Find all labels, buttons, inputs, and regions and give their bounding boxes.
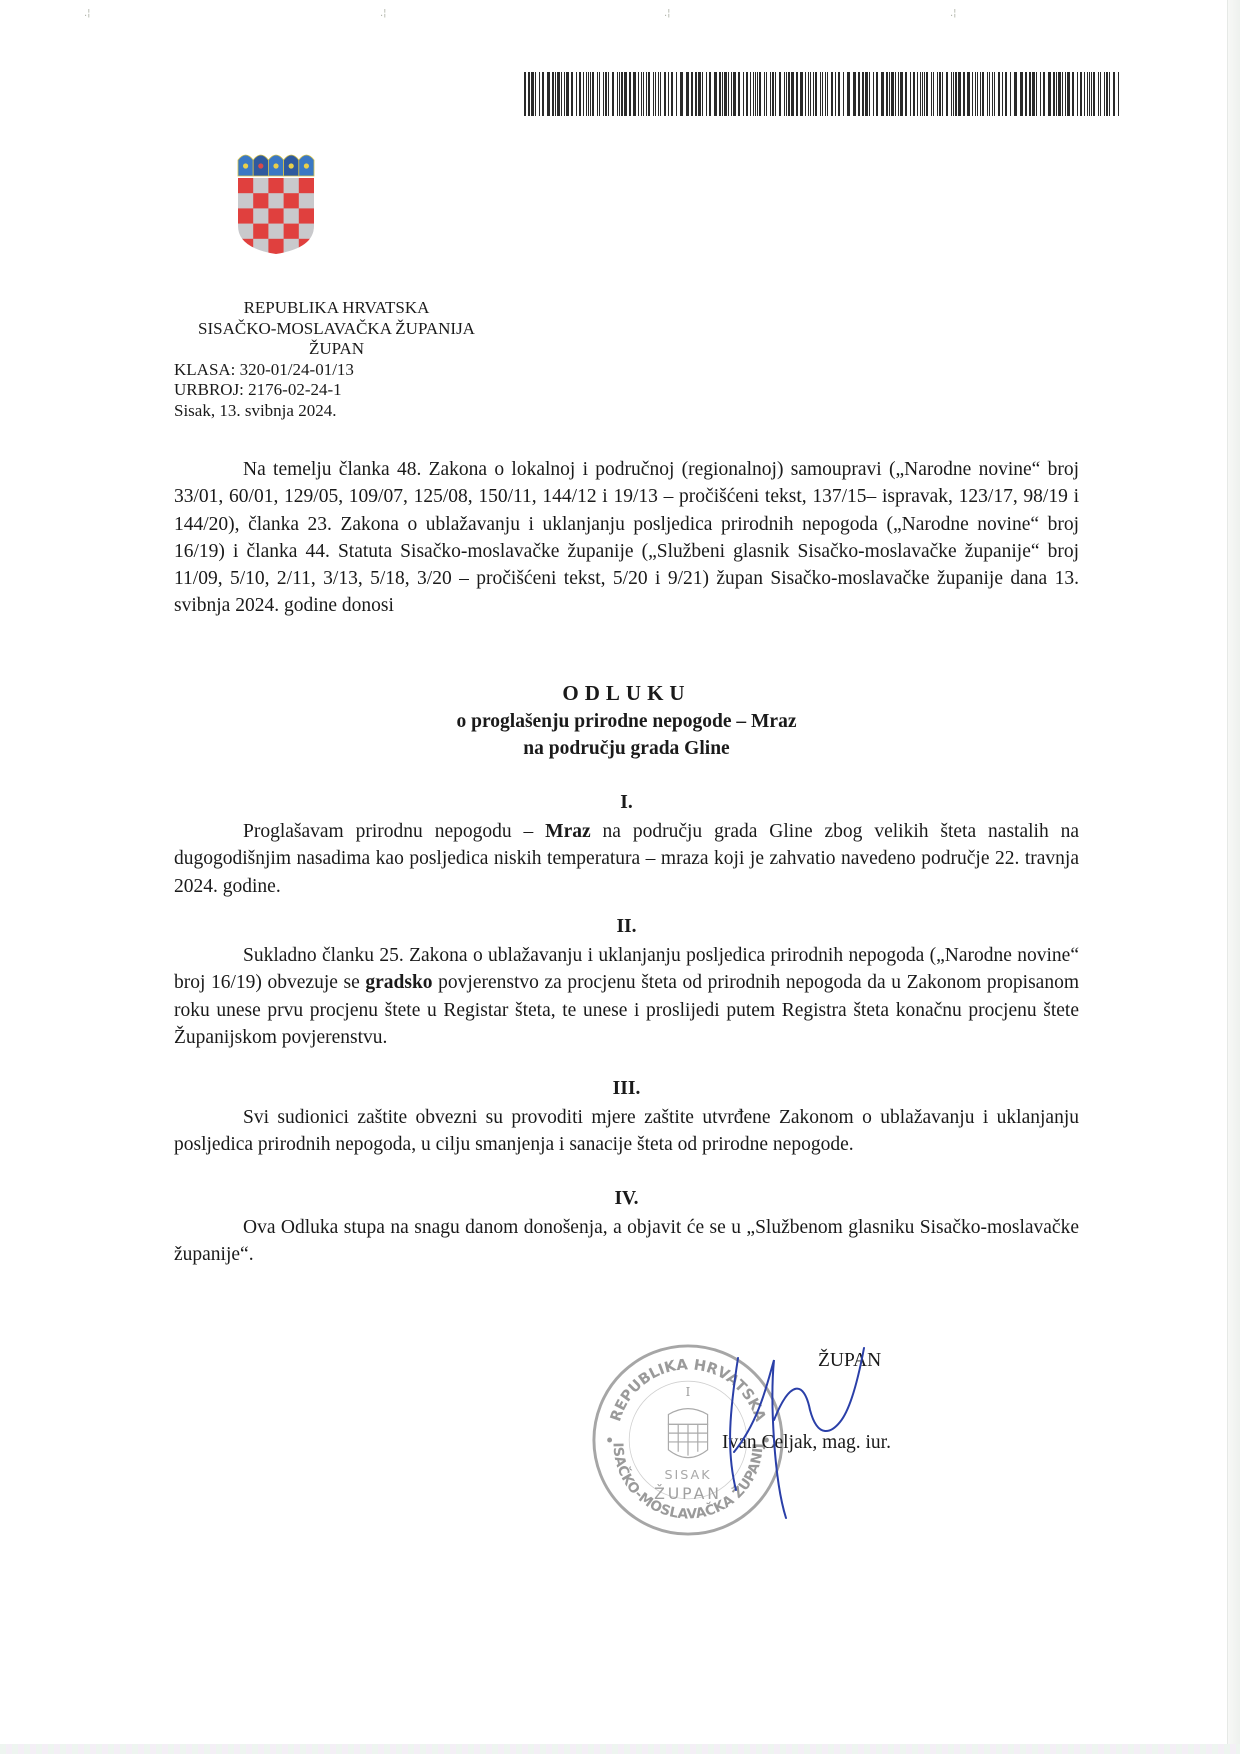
document-barcode bbox=[524, 72, 1128, 116]
section-1-number: I. bbox=[174, 792, 1079, 814]
header-place-date: Sisak, 13. svibnja 2024. bbox=[174, 401, 499, 422]
svg-text:I: I bbox=[686, 1385, 691, 1399]
section-1: Proglašavam prirodnu nepogodu – Mraz na … bbox=[174, 818, 1079, 900]
section-3-number: III. bbox=[174, 1078, 1079, 1100]
signature-block: REPUBLIKA HRVATSKA SISAČKO-MOSLAVAČKA ŽU… bbox=[590, 1340, 990, 1580]
decision-title: ODLUKU o proglašenju prirodne nepogode –… bbox=[174, 680, 1079, 763]
document-header: REPUBLIKA HRVATSKA SISAČKO-MOSLAVAČKA ŽU… bbox=[174, 298, 499, 421]
header-country: REPUBLIKA HRVATSKA bbox=[174, 298, 499, 319]
scan-edge-right bbox=[1227, 0, 1240, 1754]
emphasis-mraz: Mraz bbox=[545, 821, 590, 842]
title-main: ODLUKU bbox=[174, 680, 1079, 708]
handwritten-signature-icon bbox=[700, 1340, 900, 1540]
title-line2: o proglašenju prirodne nepogode – Mraz bbox=[174, 708, 1079, 736]
header-klasa: KLASA: 320-01/24-01/13 bbox=[174, 360, 499, 381]
preamble-text: Na temelju članka 48. Zakona o lokalnoj … bbox=[174, 456, 1079, 620]
section-2: Sukladno članku 25. Zakona o ublažavanju… bbox=[174, 942, 1079, 1051]
section-2-number: II. bbox=[174, 916, 1079, 938]
scan-marks: .¦.¦.¦.¦ bbox=[0, 8, 1240, 22]
header-urbroj: URBROJ: 2176-02-24-1 bbox=[174, 380, 499, 401]
section-3: Svi sudionici zaštite obvezni su provodi… bbox=[174, 1104, 1079, 1159]
title-line3: na području grada Gline bbox=[174, 735, 1079, 763]
preamble: Na temelju članka 48. Zakona o lokalnoj … bbox=[174, 456, 1079, 620]
header-office: ŽUPAN bbox=[174, 339, 499, 360]
croatian-coat-of-arms-icon bbox=[234, 144, 318, 256]
section-4-number: IV. bbox=[174, 1188, 1079, 1210]
header-county: SISAČKO-MOSLAVAČKA ŽUPANIJA bbox=[174, 319, 499, 340]
emphasis-gradsko: gradsko bbox=[365, 972, 432, 993]
section-4: Ova Odluka stupa na snagu danom donošenj… bbox=[174, 1214, 1079, 1269]
scan-edge-bottom bbox=[0, 1744, 1240, 1754]
